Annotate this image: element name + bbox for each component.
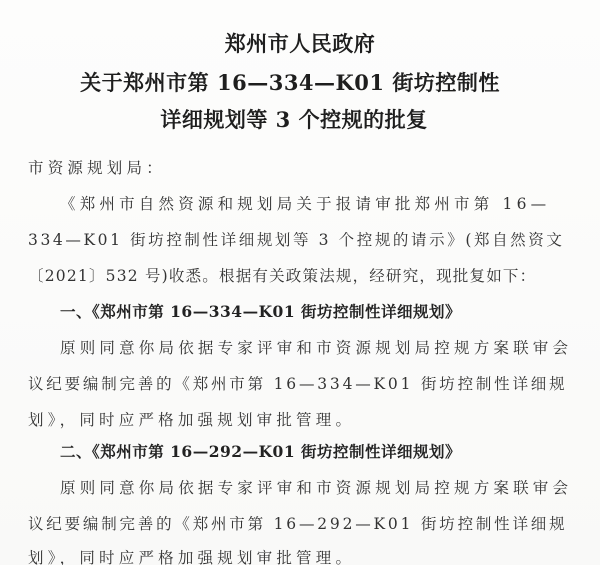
issuer-title: 郑州市人民政府: [0, 28, 600, 58]
section-2-line-1: 原则同意你局依据专家评审和市资源规划局控规方案联审会: [60, 476, 572, 498]
section-2-heading: 二、《郑州市第 16—292—K01 街坊控制性详细规划》: [60, 440, 461, 462]
salutation: 市资源规划局：: [28, 156, 166, 178]
intro-line-1: 《郑州市自然资源和规划局关于报请审批郑州市第 16—: [60, 192, 550, 214]
intro-line-3: 〔2021〕532 号)收悉。根据有关政策法规，经研究，现批复如下：: [28, 264, 536, 286]
document-page: 郑州市人民政府 关于郑州市第 16—334—K01 街坊控制性 详细规划等 3 …: [0, 0, 600, 565]
section-2-line-2: 议纪要编制完善的《郑州市第 16—292—K01 街坊控制性详细规: [28, 512, 567, 534]
section-1-heading: 一、《郑州市第 16—334—K01 街坊控制性详细规划》: [60, 300, 461, 322]
section-2-line-3: 划》，同时应严格加强规划审批管理。: [28, 546, 355, 565]
section-1-line-1: 原则同意你局依据专家评审和市资源规划局控规方案联审会: [60, 336, 572, 358]
intro-line-2: 334—K01 街坊控制性详细规划等 3 个控规的请示》(郑自然资文: [28, 228, 564, 250]
document-title-line-2: 详细规划等 3 个控规的批复: [0, 104, 594, 134]
section-1-line-2: 议纪要编制完善的《郑州市第 16—334—K01 街坊控制性详细规: [28, 372, 567, 394]
section-1-line-3: 划》，同时应严格加强规划审批管理。: [28, 408, 355, 430]
document-title-line-1: 关于郑州市第 16—334—K01 街坊控制性: [0, 67, 590, 97]
